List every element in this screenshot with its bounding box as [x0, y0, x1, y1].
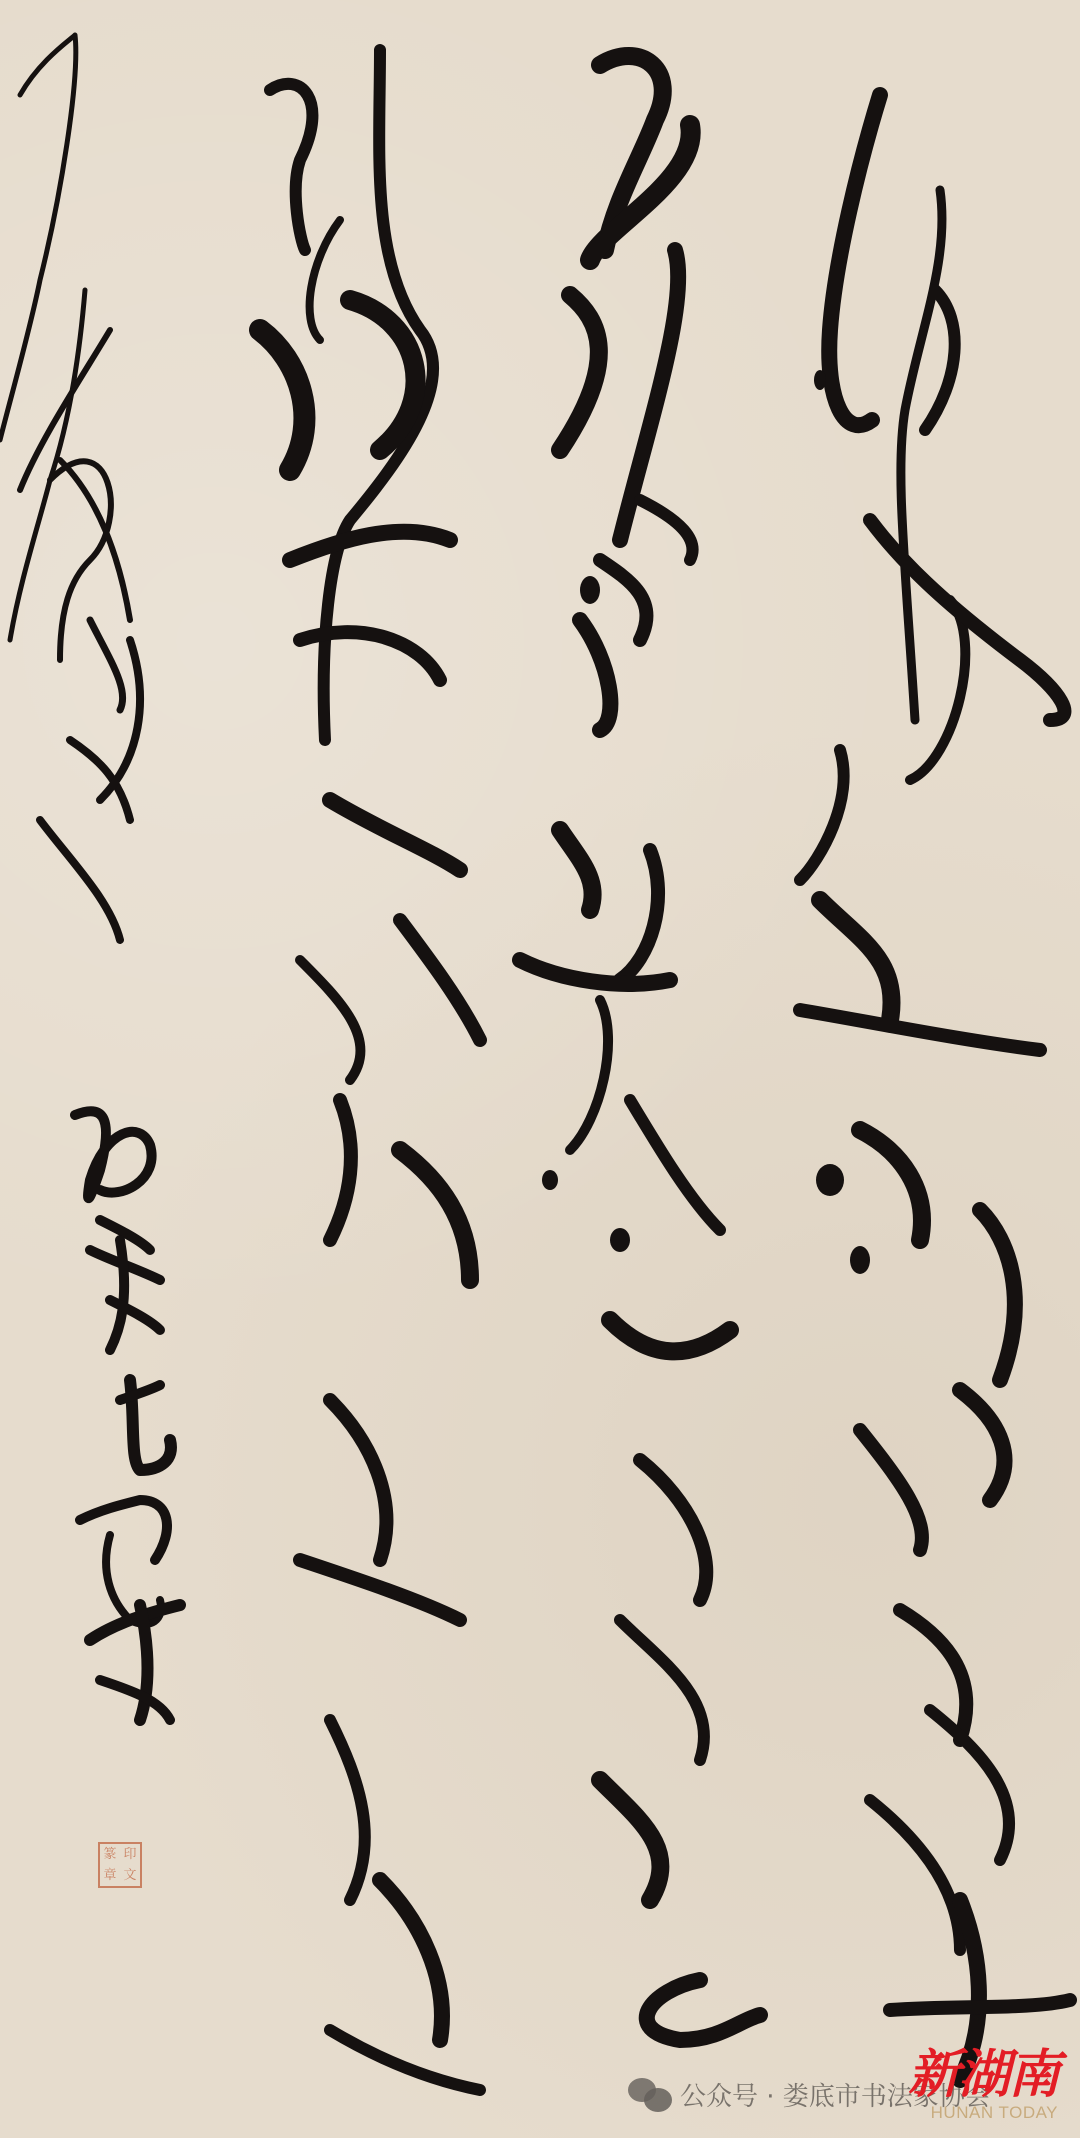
column-2 [520, 56, 760, 2040]
column-4 [0, 35, 140, 940]
brand-name-cn: 新湖南 [908, 2032, 1058, 2107]
column-1 [800, 95, 1070, 2080]
inscription-column [75, 1111, 180, 1720]
seal-char: 章 [100, 1865, 120, 1886]
brand-logo: 新湖南 HUNAN TODAY [908, 2032, 1058, 2123]
brand-name-en: HUNAN TODAY [908, 2103, 1058, 2123]
wechat-icon [628, 2078, 672, 2112]
artist-seal: 篆 印 章 文 [98, 1842, 142, 1888]
calligraphy-strokes [0, 0, 1080, 2138]
ink-dots [542, 370, 870, 1274]
column-3 [260, 50, 480, 2090]
seal-char: 篆 [100, 1844, 120, 1865]
seal-char: 文 [120, 1865, 140, 1886]
seal-char: 印 [120, 1844, 140, 1865]
